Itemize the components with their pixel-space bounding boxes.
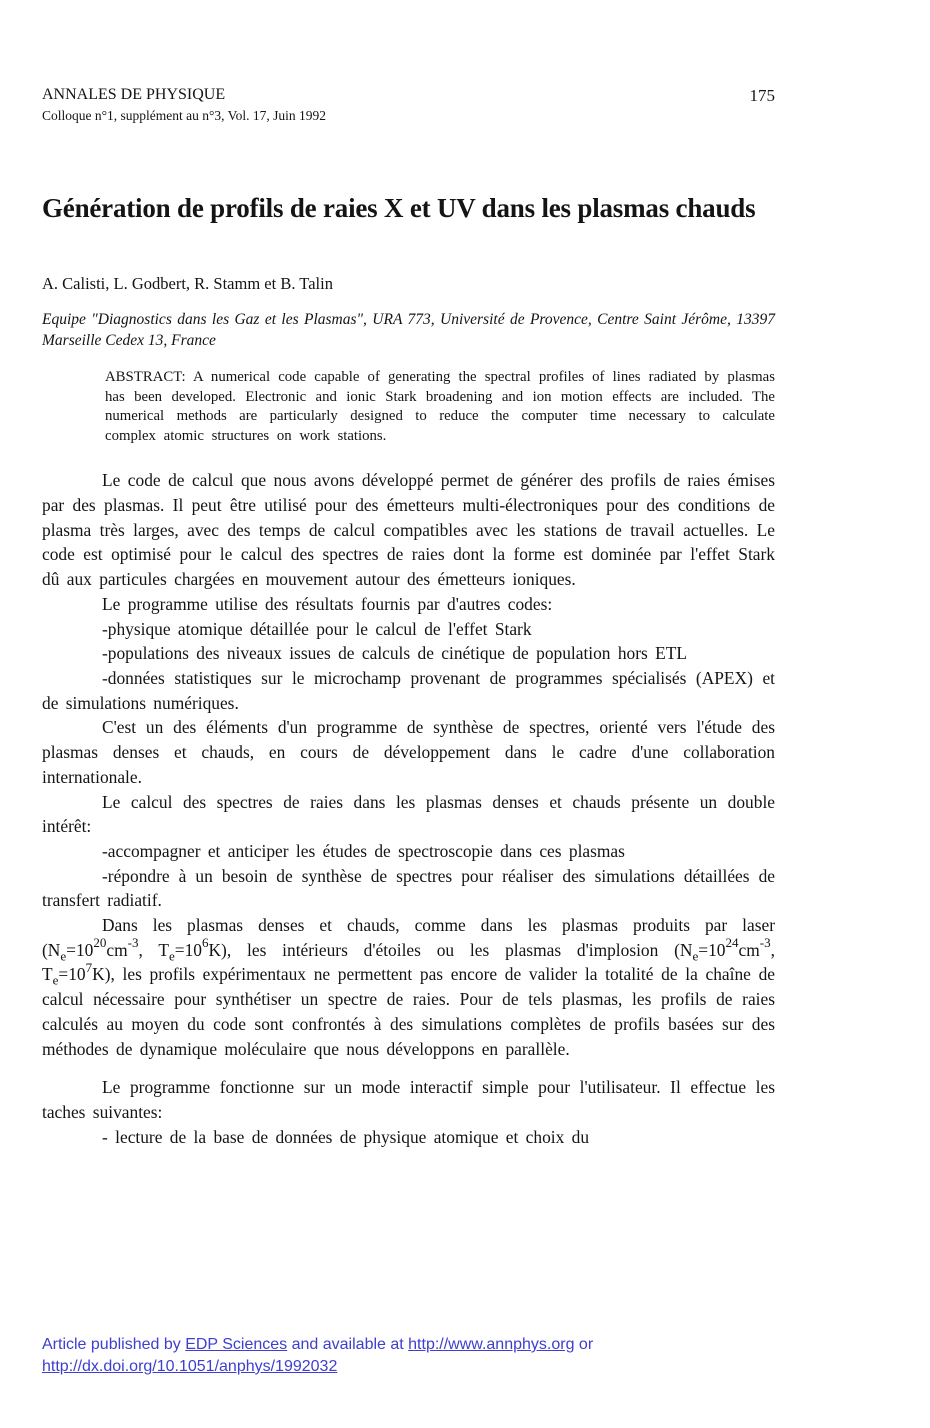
footer-text: or	[574, 1336, 593, 1353]
journal-name: ANNALES DE PHYSIQUE	[42, 86, 225, 104]
exponent: 6	[202, 935, 209, 950]
footer-text: Article published by	[42, 1336, 185, 1353]
page-number: 175	[750, 86, 776, 106]
issue-info: Colloque n°1, supplément au n°3, Vol. 17…	[42, 107, 775, 124]
body-paragraph: Le programme fonctionne sur un mode inte…	[42, 1075, 775, 1124]
list-item: -données statistiques sur le microchamp …	[42, 666, 775, 715]
publication-footer: Article published by EDP Sciences and av…	[42, 1334, 782, 1378]
journal-site-link[interactable]: http://www.annphys.org	[408, 1336, 574, 1353]
article-body: Le code de calcul que nous avons dévelop…	[42, 468, 775, 1149]
body-paragraph: C'est un des éléments d'un programme de …	[42, 715, 775, 789]
body-paragraph: Le calcul des spectres de raies dans les…	[42, 790, 775, 839]
list-item: -accompagner et anticiper les études de …	[42, 839, 775, 864]
footer-text: and available at	[287, 1336, 408, 1353]
list-item: - lecture de la base de données de physi…	[42, 1125, 775, 1150]
paper-page: ANNALES DE PHYSIQUE 175 Colloque n°1, su…	[0, 0, 930, 1149]
list-item: -physique atomique détaillée pour le cal…	[42, 617, 775, 642]
exponent: 7	[86, 960, 93, 975]
body-paragraph: Le code de calcul que nous avons dévelop…	[42, 468, 775, 592]
body-paragraph-with-formulas: Dans les plasmas denses et chauds, comme…	[42, 913, 775, 1061]
body-paragraph: Le programme utilise des résultats fourn…	[42, 592, 775, 617]
list-item: -populations des niveaux issues de calcu…	[42, 641, 775, 666]
page-header: ANNALES DE PHYSIQUE 175	[42, 86, 775, 106]
exponent: 24	[726, 935, 739, 950]
list-item: -répondre à un besoin de synthèse de spe…	[42, 864, 775, 913]
abstract: ABSTRACT: A numerical code capable of ge…	[105, 368, 775, 446]
publisher-link[interactable]: EDP Sciences	[185, 1336, 287, 1353]
exponent: -3	[760, 935, 771, 950]
exponent: -3	[128, 935, 139, 950]
exponent: 20	[93, 935, 106, 950]
doi-link[interactable]: http://dx.doi.org/10.1051/anphys/1992032	[42, 1358, 337, 1375]
authors-line: A. Calisti, L. Godbert, R. Stamm et B. T…	[42, 273, 775, 294]
affiliation: Equipe "Diagnostics dans les Gaz et les …	[42, 309, 775, 351]
article-title: Génération de profils de raies X et UV d…	[42, 192, 775, 225]
